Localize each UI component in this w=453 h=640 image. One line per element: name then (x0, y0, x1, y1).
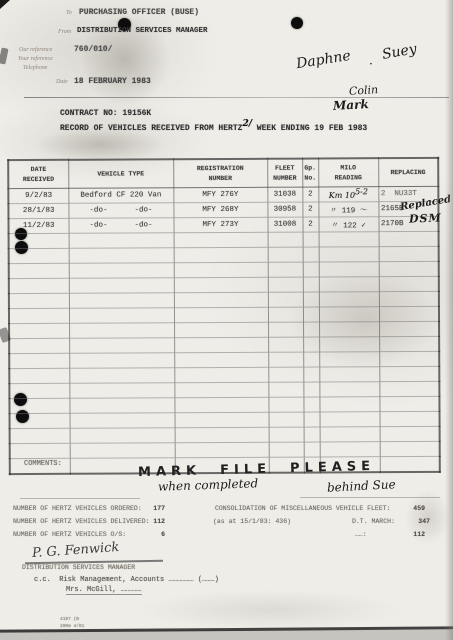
empty-cell (268, 352, 303, 367)
cell-date: 28/1/83 (8, 203, 68, 218)
vehicles-delivered-line: NUMBER OF HERTZ VEHICLES DELIVERED:112 (13, 518, 165, 525)
empty-cell (9, 248, 69, 263)
empty-cell (175, 412, 269, 427)
empty-cell (9, 278, 69, 293)
empty-cell (174, 232, 268, 247)
col-fleet-number: FLEET NUMBER (267, 159, 302, 188)
our-reference-label: Our reference (19, 47, 52, 53)
consolidation-label: CONSOLIDATION OF MISCELLANEOUS VEHICLE F… (215, 505, 391, 512)
empty-cell (304, 442, 320, 457)
empty-cell (174, 367, 268, 382)
empty-cell (379, 276, 439, 291)
vehicle-table-body: 9/2/83 Bedford CF 220 Van MFY 276Y 31038… (8, 186, 439, 474)
empty-cell (379, 381, 439, 396)
empty-cell (303, 277, 319, 292)
empty-cell (174, 397, 268, 412)
empty-cell (319, 277, 379, 292)
scan-corner-mark (0, 0, 10, 9)
empty-cell (380, 441, 440, 456)
empty-cell (319, 292, 379, 307)
handwritten-comment-line3: behind Sue (327, 477, 396, 495)
cc-line-1: c.c. Risk Management, Accounts ……………… (…… (34, 576, 219, 584)
vehicles-outstanding-line: NUMBER OF HERTZ VEHICLES O/S:6 (13, 531, 165, 538)
empty-cell (69, 368, 174, 384)
empty-cell (380, 411, 440, 426)
empty-cell (303, 292, 319, 307)
vehicle-table-header: DATE RECEIVED VEHICLE TYPE REGISTRATION … (8, 158, 438, 189)
vehicle-table: DATE RECEIVED VEHICLE TYPE REGISTRATION … (7, 157, 441, 475)
punch-hole (291, 17, 303, 29)
empty-cell (303, 307, 319, 322)
cell-fleet: 30958 (267, 202, 302, 217)
empty-cell (380, 426, 440, 441)
empty-cell (10, 413, 70, 428)
empty-cell (320, 442, 380, 457)
as-at-note: (as at 15/1/83: 436) (213, 518, 291, 525)
col-replacing: REPLACING (378, 158, 438, 187)
date-label: Date (56, 79, 68, 85)
empty-cell (303, 382, 319, 397)
empty-cell (320, 412, 380, 427)
empty-cell (174, 322, 268, 337)
cell-registration: MFY 268Y (173, 202, 267, 217)
last-figure-label: ……: (355, 531, 367, 538)
empty-cell (319, 322, 379, 337)
form-print-line1: 4197 (B (60, 617, 79, 622)
handwritten-insert-2: 2/ (242, 119, 252, 129)
empty-cell (69, 308, 174, 324)
signatory-title: DISTRIBUTION SERVICES MANAGER (22, 564, 135, 571)
empty-cell (69, 353, 174, 369)
vehicles-delivered-value: 112 (153, 518, 165, 525)
empty-cell (379, 306, 439, 321)
cell-vehicle: -do- -do- (68, 218, 173, 234)
empty-cell (303, 337, 319, 352)
empty-cell (174, 382, 268, 397)
empty-cell (174, 307, 268, 322)
empty-cell (174, 247, 268, 262)
empty-cell (70, 443, 175, 459)
empty-cell (69, 263, 174, 279)
mileage-superscript: 5-2 (355, 187, 368, 196)
vehicles-ordered-label: NUMBER OF HERTZ VEHICLES ORDERED: (13, 505, 142, 512)
empty-cell (69, 323, 174, 339)
empty-cell (268, 232, 303, 247)
empty-cell (379, 396, 439, 411)
from-value: DISTRIBUTION SERVICES MANAGER (77, 27, 208, 35)
consolidation-line: CONSOLIDATION OF MISCELLANEOUS VEHICLE F… (215, 505, 425, 512)
handwritten-name-colin: Colin (349, 83, 379, 98)
col-gp-no: Gp. No. (302, 159, 318, 188)
empty-cell (9, 233, 69, 248)
to-value: PURCHASING OFFICER (BUSE) (79, 8, 199, 17)
scanned-document-page: To PURCHASING OFFICER (BUSE) From DISTRI… (0, 0, 453, 640)
empty-cell (303, 367, 319, 382)
empty-cell (320, 427, 380, 442)
cell-gp: 2 (302, 217, 318, 232)
empty-cell (174, 262, 268, 277)
empty-cell (319, 352, 379, 367)
empty-cell (268, 322, 303, 337)
empty-cell (303, 247, 319, 262)
empty-cell (319, 232, 379, 247)
handwritten-dsm: DSM (409, 211, 442, 225)
contract-number-line: CONTRACT NO: 19156K (60, 109, 151, 118)
empty-cell (9, 308, 69, 323)
empty-cell (70, 413, 175, 429)
vehicles-outstanding-value: 6 (161, 531, 165, 538)
empty-cell (303, 322, 319, 337)
record-title-part1: RECORD OF VEHICLES RECEIVED FROM HERTZ (60, 124, 242, 133)
empty-cell (379, 261, 439, 276)
vehicles-outstanding-label: NUMBER OF HERTZ VEHICLES O/S: (13, 531, 126, 538)
cell-mileage: 〃 119 〜 (318, 202, 378, 217)
empty-cell (319, 337, 379, 352)
handwritten-dot: · (369, 57, 373, 71)
cell-mileage: 〃 122 ✓ (318, 217, 378, 232)
col-vehicle-type: VEHICLE TYPE (68, 159, 173, 188)
cc-line-2: Mrs. McGill, …………… (66, 586, 142, 595)
empty-cell (379, 336, 439, 351)
cell-vehicle: Bedford CF 220 Van (68, 188, 173, 204)
empty-cell (174, 337, 268, 352)
cell-gp: 2 (302, 187, 318, 202)
empty-cell (303, 397, 319, 412)
faint-underline (300, 497, 440, 498)
empty-cell (9, 353, 69, 368)
cell-fleet: 31008 (267, 217, 302, 232)
faint-underline (20, 498, 140, 499)
scan-right-edge (445, 0, 453, 640)
empty-cell (268, 292, 303, 307)
to-label: To (66, 10, 72, 16)
col-date-received: DATE RECEIVED (8, 160, 68, 189)
empty-cell (319, 397, 379, 412)
empty-cell (269, 427, 304, 442)
handwritten-name-daphne: Daphne (295, 48, 352, 72)
empty-cell (380, 456, 440, 472)
scan-smudge (35, 128, 165, 162)
empty-cell (9, 263, 69, 278)
empty-cell (379, 351, 439, 366)
empty-cell (379, 231, 439, 246)
empty-cell (319, 367, 379, 382)
empty-cell (69, 233, 174, 249)
empty-cell (268, 307, 303, 322)
cell-mileage: Km 105-2 (318, 187, 378, 202)
mileage-value: 10 (345, 191, 355, 200)
consolidation-value: 459 (413, 505, 425, 512)
empty-cell (9, 323, 69, 338)
empty-cell (303, 232, 319, 247)
empty-cell (10, 428, 70, 443)
empty-cell (268, 277, 303, 292)
scan-edge-mark (0, 47, 9, 64)
cell-date: 9/2/83 (8, 188, 68, 203)
empty-cell (69, 293, 174, 309)
handwritten-name-suey: Suey (381, 41, 418, 63)
empty-cell (175, 427, 269, 442)
vehicles-ordered-line: NUMBER OF HERTZ VEHICLES ORDERED:177 (13, 505, 165, 512)
record-title-line: RECORD OF VEHICLES RECEIVED FROM HERTZ2/… (60, 119, 367, 133)
empty-cell (303, 352, 319, 367)
empty-cell (9, 293, 69, 308)
scan-smudge (140, 590, 400, 630)
comments-label: COMMENTS: (24, 460, 62, 468)
empty-cell (319, 382, 379, 397)
empty-cell (10, 443, 70, 458)
cell-gp: 2 (302, 202, 318, 217)
cell-vehicle: -do- -do- (68, 203, 173, 219)
col-milo-reading: MILO READING (318, 158, 378, 187)
empty-cell (9, 338, 69, 353)
empty-cell (70, 428, 175, 444)
empty-cell (268, 367, 303, 382)
last-figure-value: 112 (413, 531, 425, 538)
empty-cell (269, 442, 304, 457)
empty-cell (9, 383, 69, 398)
cell-registration: MFY 276Y (173, 187, 267, 202)
empty-cell (174, 292, 268, 307)
last-figure-line: ……:112 (355, 531, 425, 538)
col-registration-number: REGISTRATION NUMBER (173, 159, 267, 188)
cell-date: 11/2/83 (8, 218, 68, 233)
empty-cell (269, 412, 304, 427)
empty-cell (69, 248, 174, 264)
empty-cell (9, 368, 69, 383)
empty-cell (268, 247, 303, 262)
empty-cell (268, 337, 303, 352)
empty-cell (268, 397, 303, 412)
empty-cell (268, 262, 303, 277)
empty-cell (303, 262, 319, 277)
handwritten-name-mark: Mark (333, 97, 369, 113)
dt-march-line: D.T. MARCH:347 (352, 518, 430, 525)
cell-registration: MFY 273Y (173, 217, 267, 232)
our-reference-value: 760/010/ (74, 45, 112, 54)
dt-march-value: 347 (418, 518, 430, 525)
your-reference-label: Your reference (18, 56, 53, 62)
handwritten-comment-line2: when completed (158, 476, 259, 493)
empty-cell (268, 382, 303, 397)
empty-cell (319, 307, 379, 322)
empty-cell (69, 383, 174, 399)
cell-fleet: 31038 (267, 187, 302, 202)
empty-cell (69, 278, 174, 294)
empty-cell (304, 412, 320, 427)
letterhead-divider (24, 97, 449, 98)
empty-cell (304, 427, 320, 442)
record-title-part2: WEEK ENDING 19 FEB 1983 (252, 124, 367, 133)
empty-cell (319, 247, 379, 262)
telephone-label: Telephone (23, 65, 47, 71)
empty-cell (379, 291, 439, 306)
empty-cell (69, 338, 174, 354)
vehicles-delivered-label: NUMBER OF HERTZ VEHICLES DELIVERED: (13, 518, 150, 525)
date-value: 18 FEBRUARY 1983 (74, 77, 151, 86)
empty-cell (319, 262, 379, 277)
empty-cell (174, 277, 268, 292)
handwritten-signature: P. G. Fenwick (32, 540, 120, 561)
empty-cell (174, 352, 268, 367)
vehicles-ordered-value: 177 (153, 505, 165, 512)
from-label: From (58, 29, 71, 35)
empty-cell (379, 246, 439, 261)
empty-cell (69, 398, 174, 414)
empty-cell (379, 366, 439, 381)
empty-cell (9, 398, 69, 413)
empty-cell (175, 442, 269, 457)
empty-cell (379, 321, 439, 336)
dt-march-label: D.T. MARCH: (352, 518, 395, 525)
handwritten-km: Km (329, 191, 345, 200)
